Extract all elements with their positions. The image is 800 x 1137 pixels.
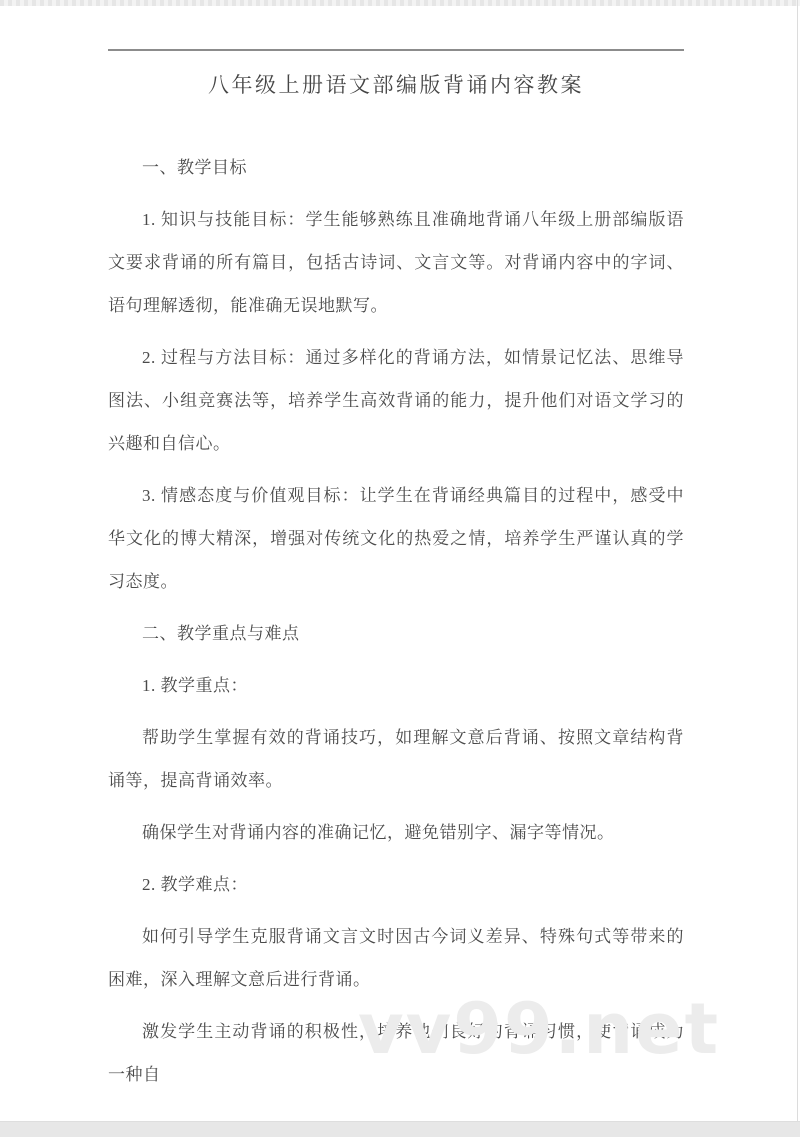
page-top-edge-texture bbox=[0, 0, 800, 6]
page-bottom-edge bbox=[0, 1121, 800, 1137]
site-watermark: vv99.net bbox=[358, 988, 720, 1070]
paragraph: 确保学生对背诵内容的准确记忆，避免错别字、漏字等情况。 bbox=[108, 811, 684, 854]
paragraph: 帮助学生掌握有效的背诵技巧，如理解文意后背诵、按照文章结构背诵等，提高背诵效率。 bbox=[108, 716, 684, 802]
sub-heading: 1. 教学重点： bbox=[108, 664, 684, 707]
document-body: 一、教学目标 1. 知识与技能目标：学生能够熟练且准确地背诵八年级上册部编版语文… bbox=[108, 146, 684, 1096]
paragraph: 3. 情感态度与价值观目标：让学生在背诵经典篇目的过程中，感受中华文化的博大精深… bbox=[108, 474, 684, 603]
sub-heading: 2. 教学难点： bbox=[108, 863, 684, 906]
paragraph: 2. 过程与方法目标：通过多样化的背诵方法，如情景记忆法、思维导图法、小组竞赛法… bbox=[108, 336, 684, 465]
section-heading: 一、教学目标 bbox=[108, 146, 684, 189]
section-heading: 二、教学重点与难点 bbox=[108, 612, 684, 655]
document-page: 八年级上册语文部编版背诵内容教案 一、教学目标 1. 知识与技能目标：学生能够熟… bbox=[0, 0, 800, 1137]
document-title: 八年级上册语文部编版背诵内容教案 bbox=[108, 68, 684, 102]
document-content: 八年级上册语文部编版背诵内容教案 一、教学目标 1. 知识与技能目标：学生能够熟… bbox=[0, 49, 800, 1096]
header-divider-line bbox=[108, 49, 684, 51]
paragraph: 1. 知识与技能目标：学生能够熟练且准确地背诵八年级上册部编版语文要求背诵的所有… bbox=[108, 198, 684, 327]
